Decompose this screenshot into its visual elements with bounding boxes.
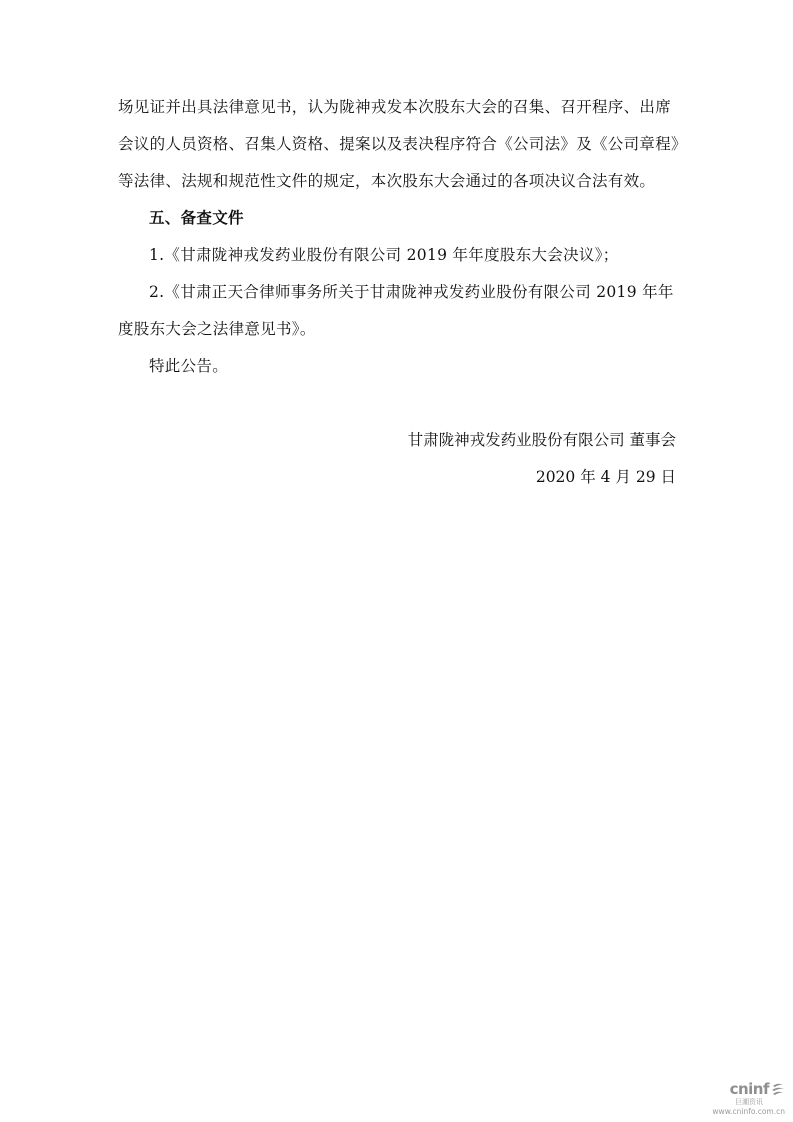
paragraph-line-1: 场见证并出具法律意见书，认为陇神戎发本次股东大会的召集、召开程序、出席 [118,97,671,117]
signature-date: 2020 年 4 月 29 日 [536,467,676,487]
watermark-url: www.cninfo.com.cn [699,1107,785,1116]
closing-text: 特此公告。 [149,356,228,376]
cninfo-swirl-icon [771,1082,785,1096]
reference-item-2-line-1: 2.《甘肃正天合律师事务所关于甘肃陇神戎发药业股份有限公司 2019 年年 [149,282,674,302]
paragraph-line-2: 会议的人员资格、召集人资格、提案以及表决程序符合《公司法》及《公司章程》 [118,134,687,154]
reference-item-1: 1.《甘肃陇神戎发药业股份有限公司 2019 年年度股东大会决议》； [149,245,619,265]
paragraph-line-3: 等法律、法规和规范性文件的规定，本次股东大会通过的各项决议合法有效。 [118,171,655,191]
watermark-logo-text: cninf [730,1081,769,1097]
reference-item-2-line-2: 度股东大会之法律意见书》。 [118,319,316,339]
watermark-chinese: 巨潮资讯 [699,1098,763,1107]
document-page: 场见证并出具法律意见书，认为陇神戎发本次股东大会的召集、召开程序、出席 会议的人… [0,0,793,1122]
watermark-logo: cninf [730,1081,785,1097]
signature-company: 甘肃陇神戎发药业股份有限公司 董事会 [408,430,676,450]
cninfo-watermark: cninf 巨潮资讯 www.cninfo.com.cn [699,1079,785,1116]
section-heading: 五、备查文件 [149,208,244,228]
